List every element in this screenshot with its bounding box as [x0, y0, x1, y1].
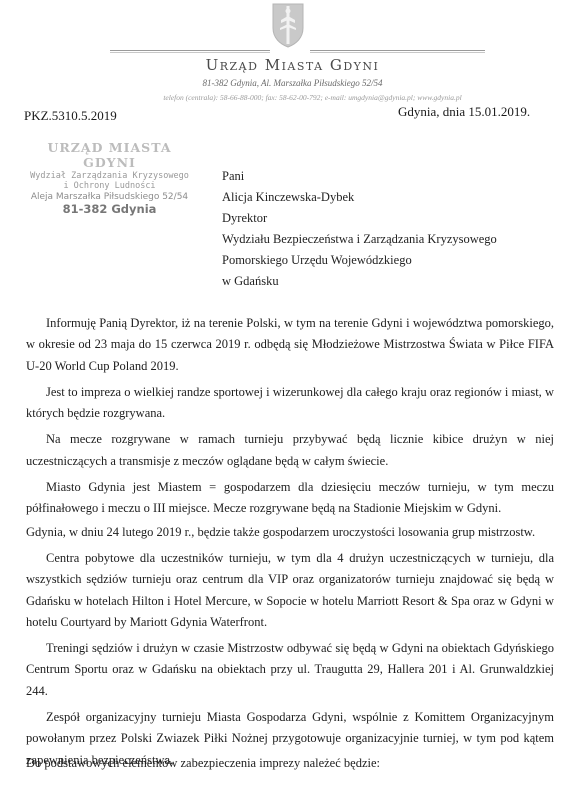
letter-date: Gdynia, dnia 15.01.2019.	[398, 104, 530, 120]
recipient-city: w Gdańsku	[222, 271, 497, 292]
office-address: 81-382 Gdynia, Al. Marszałka Piłsudskieg…	[0, 78, 585, 88]
stamp-line-2: Wydział Zarządzania Kryzysowego	[22, 171, 197, 181]
gdynia-coat-of-arms-icon	[272, 2, 304, 48]
stamp-line-1: URZĄD MIASTA GDYNI	[22, 140, 197, 170]
stamp-line-5: 81-382 Gdynia	[22, 202, 197, 216]
body-paragraph: Jest to impreza o wielkiej randze sporto…	[26, 382, 554, 425]
recipient-office: Pomorskiego Urzędu Wojewódzkiego	[222, 250, 497, 271]
recipient-department: Wydziału Bezpieczeństwa i Zarządzania Kr…	[222, 229, 497, 250]
header-rule-left	[110, 50, 270, 51]
body-paragraph: Miasto Gdynia jest Miastem = gospodarzem…	[26, 477, 554, 520]
body-paragraph: Centra pobytowe dla uczestników turnieju…	[26, 548, 554, 633]
stamp-line-3: i Ochrony Ludności	[22, 181, 197, 191]
letter-page: Urząd Miasta Gdyni 81-382 Gdynia, Al. Ma…	[0, 0, 585, 801]
body-paragraph: Gdynia, w dniu 24 lutego 2019 r., będzie…	[26, 522, 554, 543]
recipient-title: Dyrektor	[222, 208, 497, 229]
recipient-block: Pani Alicja Kinczewska-Dybek Dyrektor Wy…	[222, 166, 497, 292]
body-paragraph: Informuję Panią Dyrektor, iż na terenie …	[26, 313, 554, 377]
letter-body: Informuję Panią Dyrektor, iż na terenie …	[26, 313, 554, 776]
reference-number: PKZ.5310.5.2019	[24, 108, 117, 124]
header-rule-left-secondary	[110, 52, 270, 53]
office-stamp: URZĄD MIASTA GDYNI Wydział Zarządzania K…	[22, 140, 197, 216]
closing-line: Do podstawowych elementów zabezpieczenia…	[26, 756, 380, 771]
office-contact: telefon (centrala): 58-66-88-000; fax: 5…	[0, 93, 585, 102]
recipient-name: Alicja Kinczewska-Dybek	[222, 187, 497, 208]
body-paragraph: Treningi sędziów i drużyn w czasie Mistr…	[26, 638, 554, 702]
body-paragraph: Na mecze rozgrywane w ramach turnieju pr…	[26, 429, 554, 472]
header-rule-right-secondary	[310, 52, 485, 53]
recipient-salutation: Pani	[222, 166, 497, 187]
office-name: Urząd Miasta Gdyni	[0, 56, 585, 74]
header-rule-right	[310, 50, 485, 51]
stamp-line-4: Aleja Marszałka Piłsudskiego 52/54	[22, 192, 197, 202]
